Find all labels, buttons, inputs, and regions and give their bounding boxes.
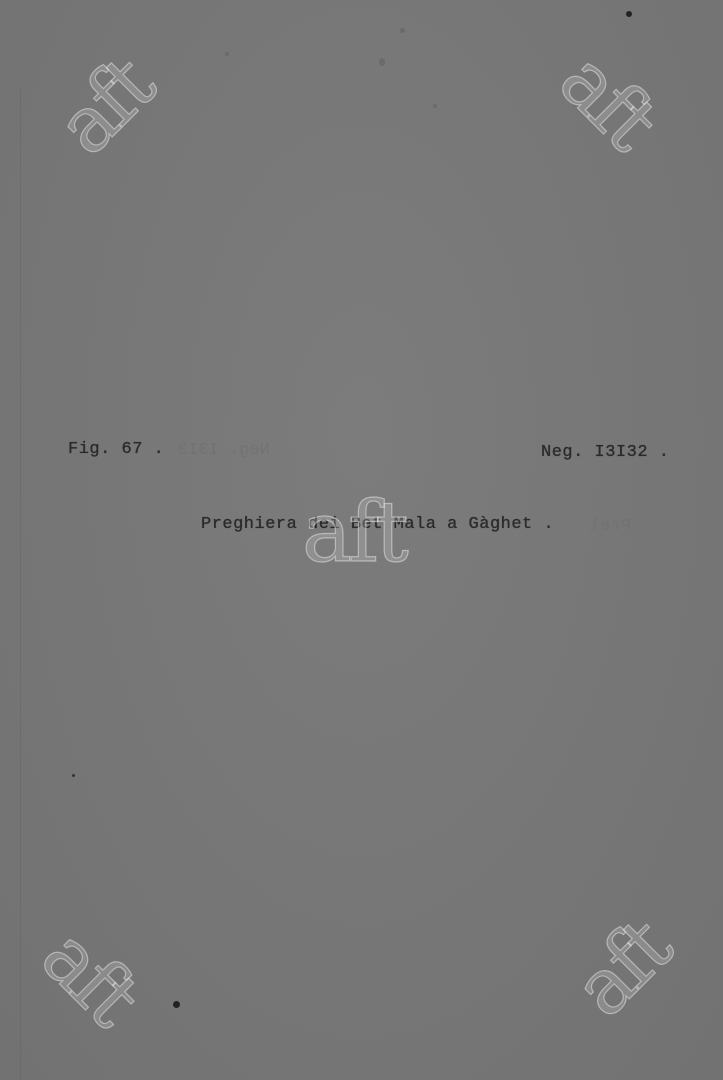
bleed-through-caption-text: Prel <box>590 517 631 536</box>
ink-speck <box>173 1001 180 1008</box>
watermark-logo-bottom-right: aft <box>561 908 683 1030</box>
watermark-logo-center: aft <box>302 490 405 574</box>
paper-smudge <box>400 28 405 33</box>
paper-smudge <box>225 52 229 56</box>
paper-smudge <box>379 58 385 66</box>
paper-smudge <box>433 104 437 108</box>
scanned-index-card: Neg. I3I3 Prel Fig. 67 . Neg. I3I32 . Pr… <box>0 0 723 1080</box>
negative-number: Neg. I3I32 . <box>541 443 669 462</box>
watermark-logo-top-left: aft <box>44 46 166 168</box>
ink-speck <box>72 774 75 777</box>
card-edge-line <box>20 90 21 1080</box>
bleed-through-negative-text: Neg. I3I3 <box>178 441 270 460</box>
watermark-logo-bottom-left: aft <box>28 916 150 1038</box>
ink-speck <box>626 11 632 17</box>
figure-number: Fig. 67 . <box>68 440 164 459</box>
watermark-logo-top-right: aft <box>546 40 668 162</box>
